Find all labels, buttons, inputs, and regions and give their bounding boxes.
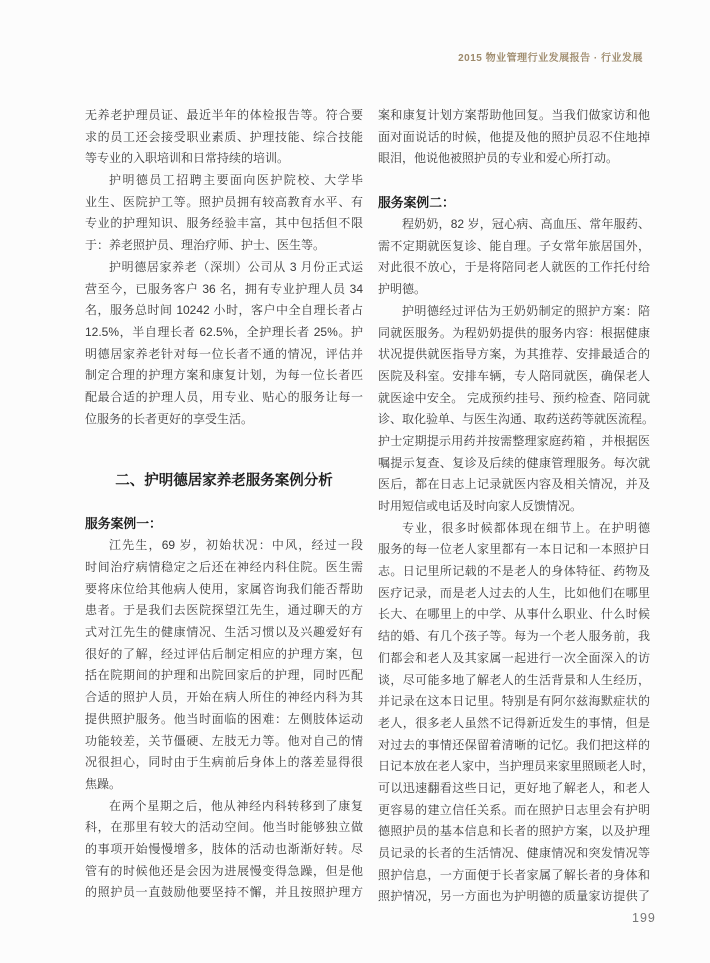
text-line: 状况提供就医指导方案，为其推荐、安排最适合的 (378, 344, 650, 366)
text-line: 很好的了解，经过评估后制定相应的护理方案，包 (85, 644, 363, 666)
paragraph: 专业，很多时候都体现在细节上。在护明德服务的每一位老人家里都有一本日记和一本照护… (378, 518, 650, 908)
text-line: 长大、在哪里上的中学、从事什么职业、什么时候 (378, 604, 650, 626)
report-title-header: 2015 物业管理行业发展报告 · 行业发展 (458, 49, 643, 64)
text-line: 式对江先生的健康情况、生活习惯以及兴趣爱好有 (85, 622, 363, 644)
text-line: 江先生，69 岁，初始状况：中风，经过一段 (85, 535, 363, 557)
text-line: 结的婚、有几个孩子等。每为一个老人服务前，我 (378, 626, 650, 648)
paragraph: 程奶奶，82 岁，冠心病、高血压、常年服药、需不定期就医复诊、能自理。子女常年旅… (378, 214, 650, 301)
text-line: 们都会和老人及其家属一起进行一次全面深入的访 (378, 648, 650, 670)
text-line: 眼泪，他说他被照护员的专业和爱心所打动。 (378, 148, 650, 170)
text-line: 对过去的事情还保留着清晰的记忆。我们把这样的 (378, 735, 650, 757)
text-line: 谈，尽可能多地了解老人的生活背景和人生经历， (378, 670, 650, 692)
text-line: 制定合理的护理方案和康复计划，为每一位长者匹 (85, 365, 363, 387)
case-heading: 服务案例二： (378, 192, 650, 214)
text-line: 况很担心，同时由于生病前后身体上的落差显得很 (85, 752, 363, 774)
text-line: 12.5%，半自理长者 62.5%，全护理长者 25%。护 (85, 322, 363, 344)
text-line: 护明德经过评估为王奶奶制定的照护方案：陪 (378, 301, 650, 323)
text-line: 配最合适的护理人员，用专业、贴心的服务让每一 (85, 387, 363, 409)
text-line: 护明德员工招聘主要面向医护院校、大学毕 (85, 170, 363, 192)
text-line: 可以迅速翻看这些日记，更好地了解老人，和老人 (378, 778, 650, 800)
paragraph: 案和康复计划方案帮助他回复。当我们做家访和他面对面说话的时候，他提及他的照护员忍… (378, 105, 650, 170)
text-line: 员记录的长者的生活情况、健康情况和突发情况等 (378, 843, 650, 865)
text-line: 合适的照护人员，开始在病人所住的神经内科为其 (85, 687, 363, 709)
text-line: 名，服务总时间 10242 小时，客户中全自理长者占 (85, 300, 363, 322)
text-line: 医后，都在日志上记录就医内容及相关情况，并及 (378, 474, 650, 496)
paragraph: 护明德员工招聘主要面向医护院校、大学毕业生、医院护工等。照护员拥有较高教育水平、… (85, 170, 363, 257)
text-line: 服务的每一位老人家里都有一本日记和一本照护日 (378, 539, 650, 561)
text-line: 患者。于是我们去医院探望江先生，通过聊天的方 (85, 600, 363, 622)
text-line: 位服务的长者更好的享受生活。 (85, 409, 363, 431)
paragraph: 护明德居家养老（深圳）公司从 3 月份正式运营至今，已服务客户 36 名，拥有专… (85, 257, 363, 431)
text-line: 营至今，已服务客户 36 名，拥有专业护理人员 34 (85, 279, 363, 301)
text-line: 护明德。 (378, 279, 650, 301)
text-line: 括在院期间的护理和出院回家后的护理，同时匹配 (85, 665, 363, 687)
text-line: 无养老护理员证、最近半年的体检报告等。符合要 (85, 105, 363, 127)
text-line: 管有的时候他还是会因为进展慢变得急躁，但是他 (85, 861, 363, 883)
text-line: 德照护员的基本信息和长者的照护方案，以及护理 (378, 821, 650, 843)
right-column: 案和康复计划方案帮助他回复。当我们做家访和他面对面说话的时候，他提及他的照护员忍… (378, 105, 650, 908)
text-line: 的事项开始慢慢增多，肢体的活动也渐渐好转。尽 (85, 839, 363, 861)
text-line: 护士定期提示用药并按需整理家庭药箱 ，并根据医 (378, 431, 650, 453)
text-line: 照护情况，另一方面也为护明德的质量家访提供了 (378, 886, 650, 908)
text-line: 焦躁。 (85, 774, 363, 796)
text-line: 等专业的入职培训和日常持续的培训。 (85, 148, 363, 170)
text-line: 业生、医院护工等。照护员拥有较高教育水平、有 (85, 192, 363, 214)
text-line: 功能较差，关节僵硬、左肢无力等。他对自己的情 (85, 731, 363, 753)
text-line: 求的员工还会接受职业素质、护理技能、综合技能 (85, 127, 363, 149)
page-number: 199 (632, 911, 656, 925)
text-line: 时用短信或电话及时向家人反馈情况。 (378, 496, 650, 518)
text-line: 科，在那里有较大的活动空间。他当时能够独立做 (85, 817, 363, 839)
paragraph: 江先生，69 岁，初始状况：中风，经过一段时间治疗病情稳定之后还在神经内科住院。… (85, 535, 363, 795)
text-line: 医院及科室。安排车辆，专人陪同就医，确保老人 (378, 366, 650, 388)
text-line: 程奶奶，82 岁，冠心病、高血压、常年服药、 (378, 214, 650, 236)
text-line: 时间治疗病情稳定之后还在神经内科住院。医生需 (85, 557, 363, 579)
paragraph: 护明德经过评估为王奶奶制定的照护方案：陪同就医服务。为程奶奶提供的服务内容：根据… (378, 301, 650, 518)
text-line: 嘱提示复查、复诊及后续的健康管理服务。每次就 (378, 453, 650, 475)
text-line: 就医途中安全。 完成预约挂号、预约检查、陪同就 (378, 388, 650, 410)
text-line: 并记录在这本日记里。特别是有阿尔兹海默症状的 (378, 691, 650, 713)
text-line: 需不定期就医复诊、能自理。子女常年旅居国外， (378, 236, 650, 258)
text-line: 护明德居家养老（深圳）公司从 3 月份正式运 (85, 257, 363, 279)
text-line: 对此很不放心，于是将陪同老人就医的工作托付给 (378, 257, 650, 279)
text-line: 面对面说话的时候，他提及他的照护员忍不住地掉 (378, 127, 650, 149)
text-line: 老人，很多老人虽然不记得新近发生的事情，但是 (378, 713, 650, 735)
text-line: 同就医服务。为程奶奶提供的服务内容：根据健康 (378, 323, 650, 345)
paragraph: 在两个星期之后，他从神经内科转移到了康复科，在那里有较大的活动空间。他当时能够独… (85, 796, 363, 904)
text-line: 专业的护理知识、服务经验丰富，其中包括但不限 (85, 213, 363, 235)
text-line: 诊、取化验单、与医生沟通、取药送药等就医流程。 (378, 409, 650, 431)
text-line: 案和康复计划方案帮助他回复。当我们做家访和他 (378, 105, 650, 127)
text-line: 明德居家养老针对每一位长者不通的情况，评估并 (85, 344, 363, 366)
text-line: 的照护员一直鼓励他要坚持不懈，并且按照护理方 (85, 882, 363, 904)
text-line: 要将床位给其他病人使用，家属咨询我们能否帮助 (85, 579, 363, 601)
text-line: 志。日记里所记载的不是老人的身体特征、药物及 (378, 561, 650, 583)
text-line: 提供照护服务。他当时面临的困难：左侧肢体运动 (85, 709, 363, 731)
text-line: 专业，很多时候都体现在细节上。在护明德 (378, 518, 650, 540)
text-line: 日记本放在老人家中，当护理员来家里照顾老人时， (378, 756, 650, 778)
section-heading: 二、护明德居家养老服务案例分析 (85, 471, 363, 491)
paragraph: 无养老护理员证、最近半年的体检报告等。符合要求的员工还会接受职业素质、护理技能、… (85, 105, 363, 170)
left-column: 无养老护理员证、最近半年的体检报告等。符合要求的员工还会接受职业素质、护理技能、… (85, 105, 363, 904)
text-line: 于：养老照护员、理治疗师、护士、医生等。 (85, 235, 363, 257)
text-line: 在两个星期之后，他从神经内科转移到了康复 (85, 796, 363, 818)
text-line: 照护信息，一方面便于长者家属了解长者的身体和 (378, 865, 650, 887)
text-line: 医疗记录，而是老人过去的人生，比如他们在哪里 (378, 583, 650, 605)
text-line: 更容易的建立信任关系。而在照护日志里会有护明 (378, 800, 650, 822)
case-heading: 服务案例一： (85, 513, 363, 535)
